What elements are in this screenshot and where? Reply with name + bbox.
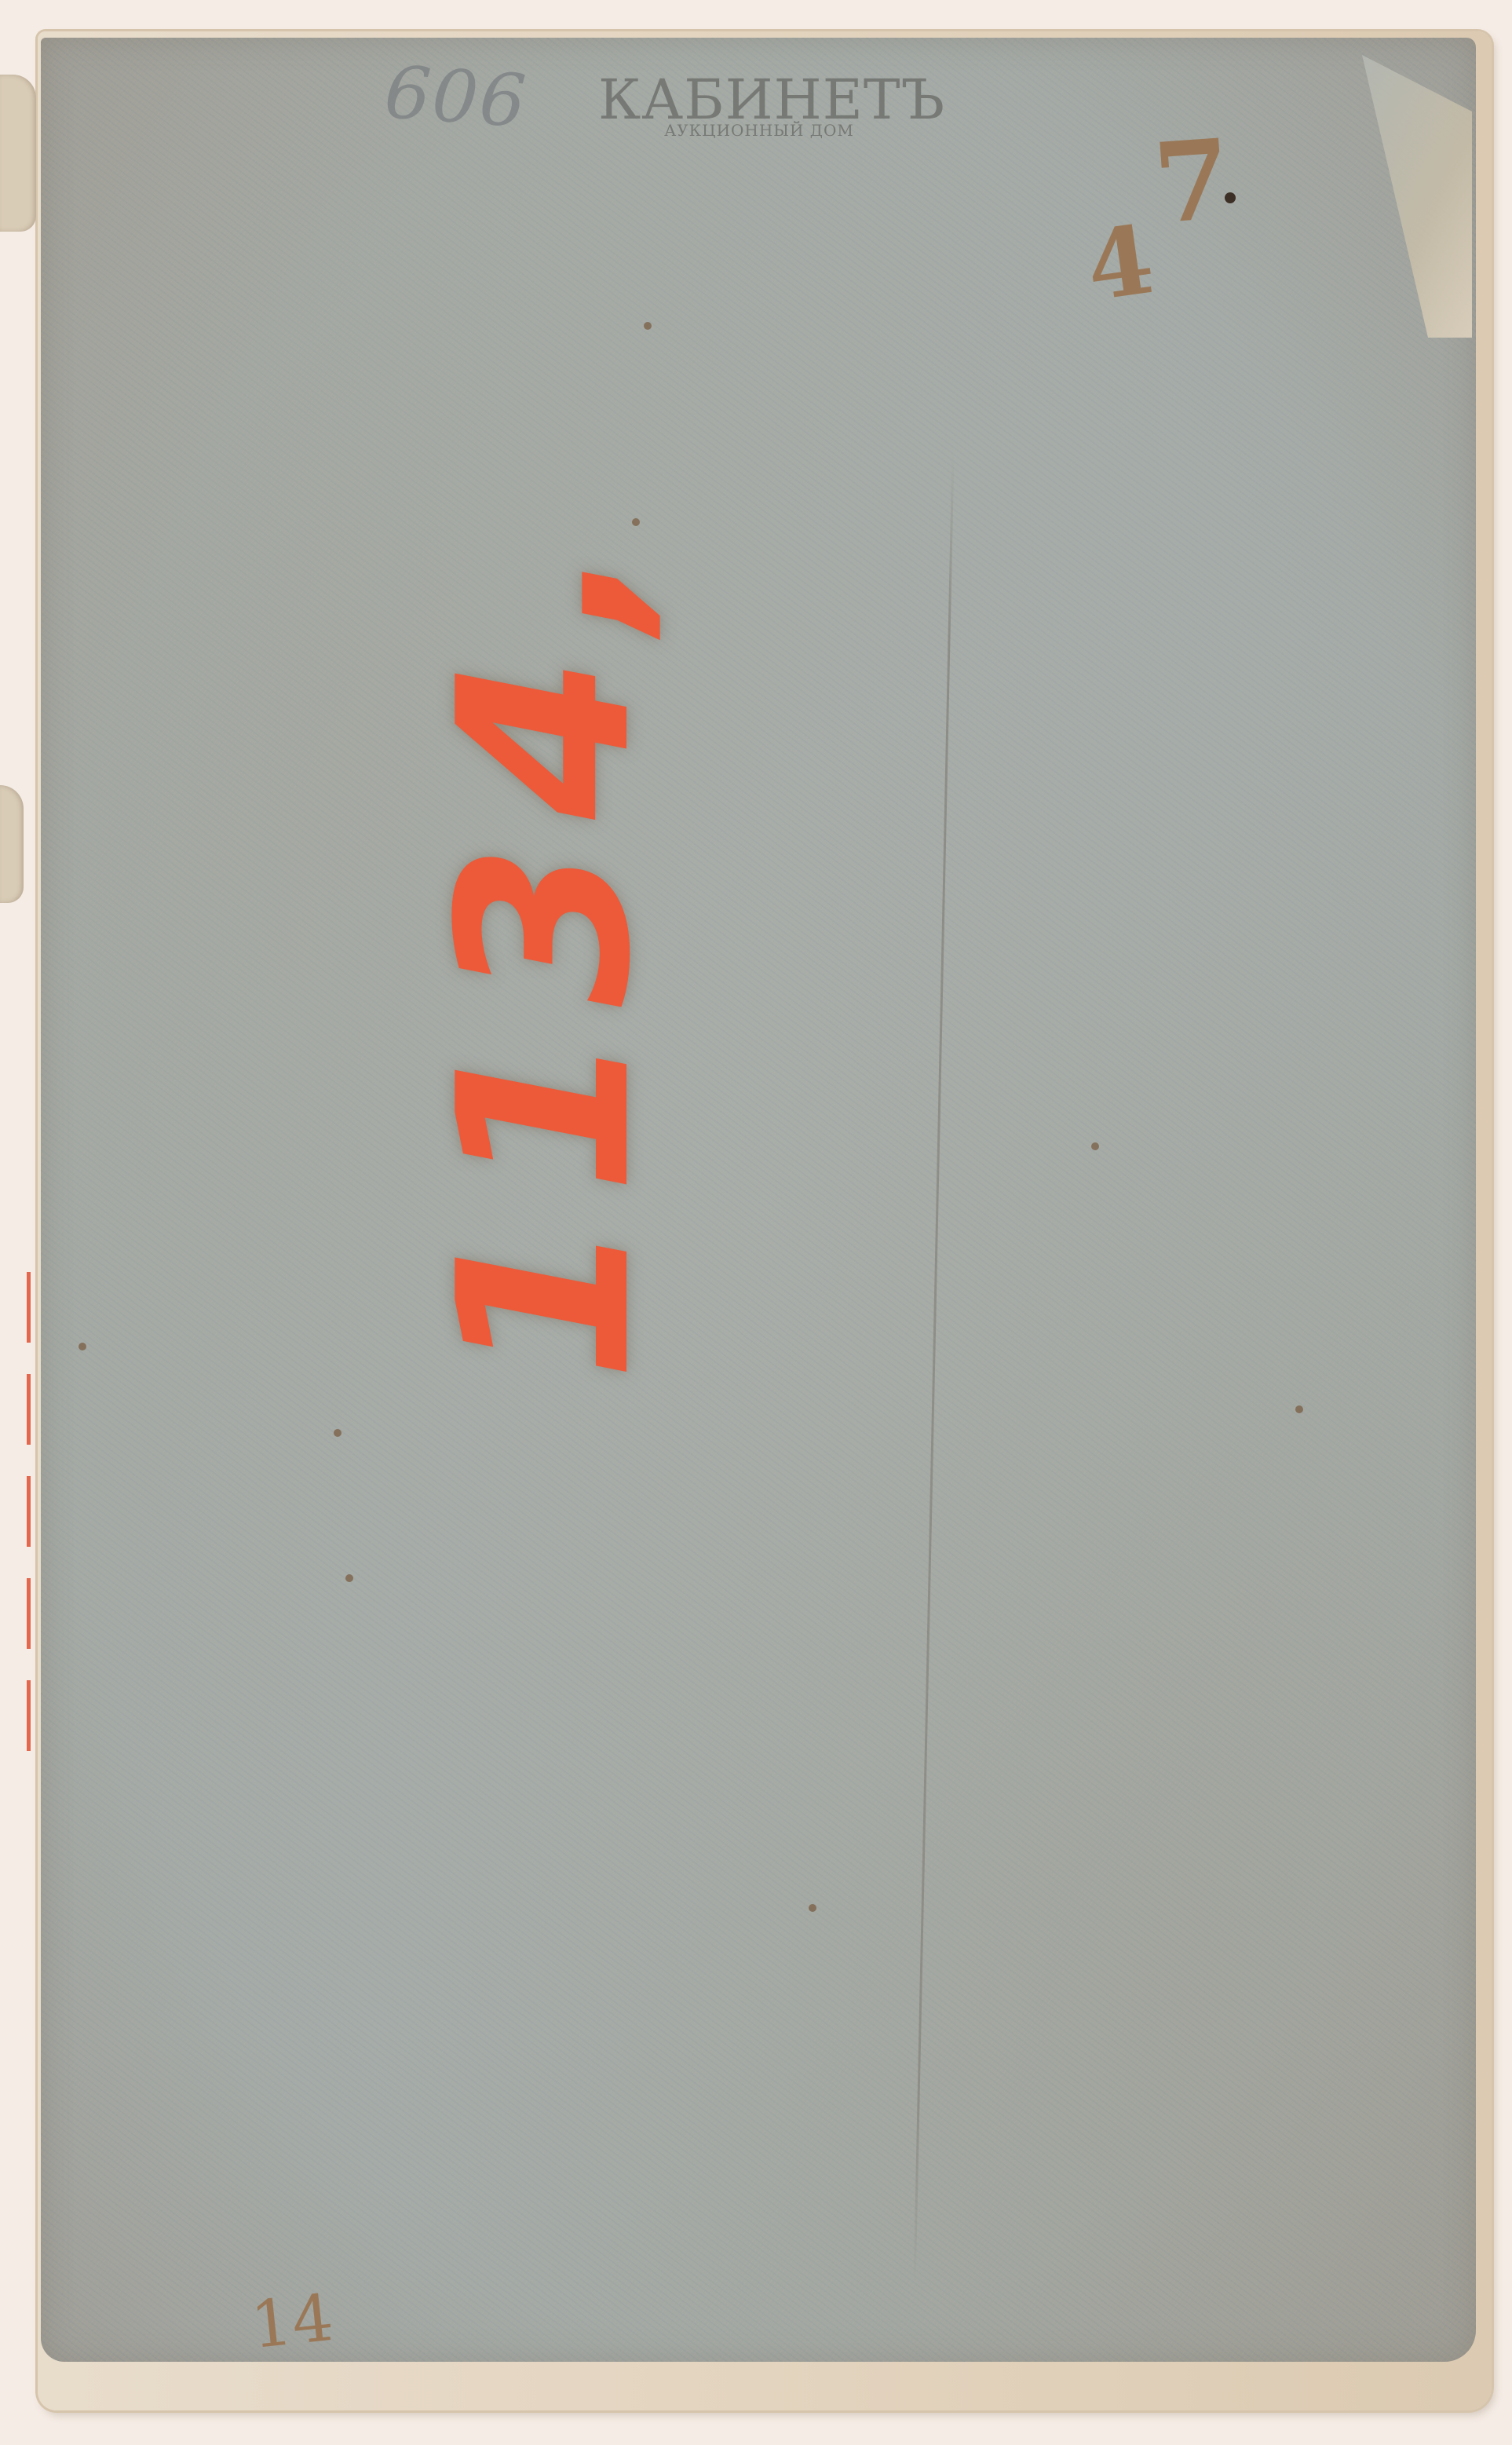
red-painted-number: 1134,	[428, 597, 585, 1382]
watermark-title: КАБИНЕТЪ	[598, 72, 920, 127]
book-cover	[41, 38, 1476, 2362]
ink-page-number: 14	[247, 2281, 337, 2363]
ink-dot	[1225, 192, 1236, 203]
ink-mark-seven: 7	[1149, 115, 1235, 249]
torn-paper-flap	[0, 785, 24, 903]
pencil-inventory-number: 606	[382, 50, 530, 144]
red-spine-edge	[27, 1272, 31, 1774]
auction-house-watermark: КАБИНЕТЪ АУКЦИОННЫЙ ДОМ	[598, 72, 920, 138]
torn-paper-flap	[0, 75, 36, 232]
